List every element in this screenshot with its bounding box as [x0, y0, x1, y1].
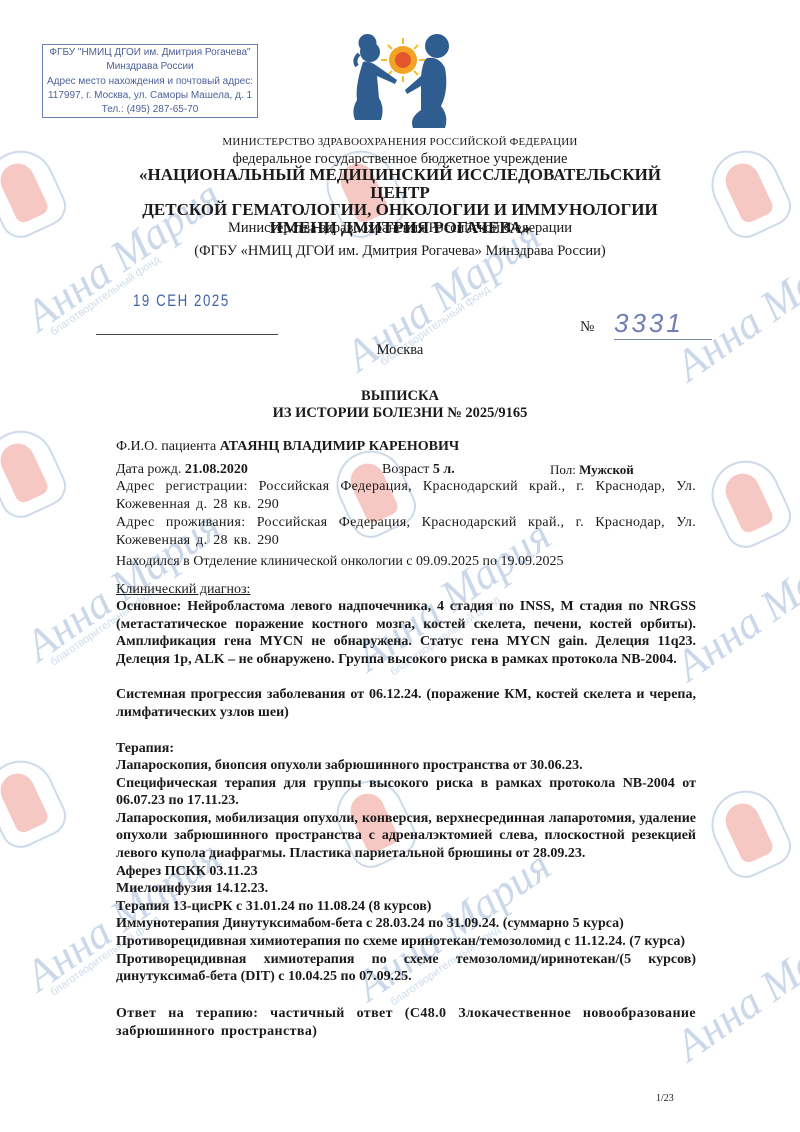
- city: Москва: [0, 342, 800, 359]
- age-value: 5 л.: [433, 462, 455, 477]
- therapy-item: Лапароскопия, мобилизация опухоли, конве…: [116, 810, 696, 863]
- patient-name-label: Ф.И.О. пациента: [116, 439, 216, 454]
- charity-hand-icon: [0, 420, 73, 525]
- hospital-stay: Находился в Отделение клинической онколо…: [116, 553, 696, 571]
- sex-label: Пол:: [550, 462, 576, 477]
- dob-value: 21.08.2020: [185, 462, 248, 477]
- institution-address-stamp: ФГБУ "НМИЦ ДГОИ им. Дмитрия Рогачева" Ми…: [42, 44, 258, 118]
- patient-name: АТАЯНЦ ВЛАДИМИР КАРЕНОВИЧ: [220, 439, 459, 454]
- therapy-response: Ответ на терапию: частичный ответ (C48.0…: [116, 1005, 696, 1040]
- diagnosis-heading: Клинический диагноз:: [116, 581, 696, 599]
- patient-name-row: Ф.И.О. пациента АТАЯНЦ ВЛАДИМИР КАРЕНОВИ…: [116, 438, 696, 456]
- stamp-line: 117997, г. Москва, ул. Саморы Машела, д.…: [43, 89, 257, 103]
- children-holding-sun-logo-icon: [345, 30, 460, 130]
- charity-hand-icon: [0, 140, 73, 245]
- age-label: Возраст: [382, 462, 429, 477]
- charity-hand-icon: [0, 750, 73, 855]
- sex-field: Пол: Мужской: [550, 461, 634, 479]
- therapy-item: Терапия 13-цисРК с 31.01.24 по 11.08.24 …: [116, 898, 696, 916]
- charity-hand-icon: [700, 140, 797, 245]
- document-number: 3331: [614, 308, 712, 340]
- ministry-of: Министерства здравоохранения Российской …: [120, 220, 680, 237]
- watermark-text: Анна Мария: [666, 220, 800, 391]
- therapy-item: Противорецидивная химиотерапия по схеме …: [116, 951, 696, 986]
- sex-value: Мужской: [579, 462, 634, 477]
- institution-name-line: ДЕТСКОЙ ГЕМАТОЛОГИИ, ОНКОЛОГИИ И ИММУНОЛ…: [120, 201, 680, 219]
- date-line: [96, 334, 278, 335]
- ministry-header: МИНИСТЕРСТВО ЗДРАВООХРАНЕНИЯ РОССИЙСКОЙ …: [120, 136, 680, 148]
- therapy-heading: Терапия:: [116, 740, 696, 758]
- page-number: 1/23: [656, 1093, 674, 1104]
- title-line: ВЫПИСКА: [0, 388, 800, 405]
- institution-name-line: «НАЦИОНАЛЬНЫЙ МЕДИЦИНСКИЙ ИССЛЕДОВАТЕЛЬС…: [120, 166, 680, 201]
- dob-label: Дата рожд.: [116, 462, 181, 477]
- date-stamp: 19 СЕН 2025: [133, 291, 230, 311]
- age-field: Возраст 5 л.: [382, 461, 455, 479]
- title-line: ИЗ ИСТОРИИ БОЛЕЗНИ № 2025/9165: [0, 405, 800, 422]
- stamp-line: Тел.: (495) 287-65-70: [43, 103, 257, 117]
- stamp-line: ФГБУ "НМИЦ ДГОИ им. Дмитрия Рогачева": [43, 46, 257, 60]
- therapy-list: Лапароскопия, биопсия опухоли забрюшинно…: [116, 757, 696, 986]
- charity-hand-icon: [700, 780, 797, 885]
- therapy-item: Иммунотерапия Динутуксимабом-бета с 28.0…: [116, 915, 696, 933]
- therapy-item: Аферез ПСКК 03.11.23: [116, 863, 696, 881]
- dob-field: Дата рожд. 21.08.2020: [116, 461, 248, 479]
- therapy-item: Противорецидивная химиотерапия по схеме …: [116, 933, 696, 951]
- document-number-label: №: [580, 319, 594, 336]
- stamp-line: Адрес место нахождения и почтовый адрес:: [43, 75, 257, 89]
- registration-address: Адрес регистрации: Российская Федерация,…: [116, 478, 696, 513]
- diagnosis-main: Основное: Нейробластома левого надпочечн…: [116, 598, 696, 668]
- therapy-item: Специфическая терапия для группы высоког…: [116, 775, 696, 810]
- document-title: ВЫПИСКА ИЗ ИСТОРИИ БОЛЕЗНИ № 2025/9165: [0, 388, 800, 422]
- residence-address: Адрес проживания: Российская Федерация, …: [116, 514, 696, 549]
- therapy-item: Лапароскопия, биопсия опухоли забрюшинно…: [116, 757, 696, 775]
- charity-hand-icon: [700, 450, 797, 555]
- institution-abbreviation: (ФГБУ «НМИЦ ДГОИ им. Дмитрия Рогачева» М…: [120, 243, 680, 260]
- therapy-item: Миелоинфузия 14.12.23.: [116, 880, 696, 898]
- stamp-line: Минздрава России: [43, 60, 257, 74]
- diagnosis-progression: Системная прогрессия заболевания от 06.1…: [116, 686, 696, 721]
